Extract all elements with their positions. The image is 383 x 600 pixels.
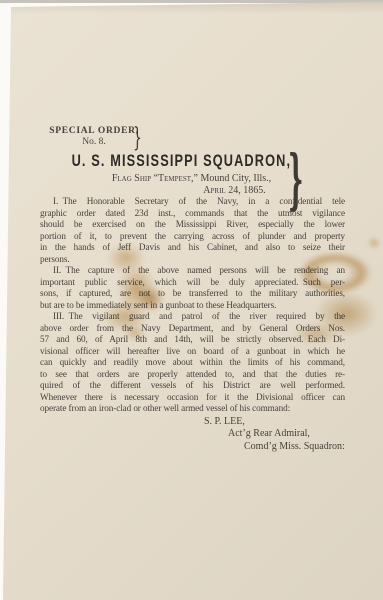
body-line: 57 and 60, of April 8th and 14th, will b… bbox=[40, 334, 345, 346]
body-line: important public service, which will be … bbox=[40, 277, 345, 289]
body-line: operate from an iron-clad or other well … bbox=[40, 403, 345, 415]
order-body: I. The Honorable Secretary of the Navy, … bbox=[40, 196, 345, 415]
flagship-name: Flag Ship “Tempest,” bbox=[112, 173, 198, 184]
order-label: SPECIAL ORDER, bbox=[47, 126, 141, 136]
body-line: sons, if captured, are not to be transfe… bbox=[40, 288, 345, 300]
body-line: III. The vigilant guard and patrol of th… bbox=[40, 311, 345, 323]
signature-name: S. P. LEE, bbox=[204, 416, 383, 428]
signature-block: S. P. LEE, Act’g Rear Admiral, Comd’g Mi… bbox=[0, 416, 383, 453]
paper-edge-shadow bbox=[0, 0, 383, 14]
body-line: I. The Honorable Secretary of the Navy, … bbox=[40, 196, 345, 208]
flagship-line: Flag Ship “Tempest,” Mound City, Ills., bbox=[12, 173, 371, 184]
body-line: to see that orders are properly attended… bbox=[40, 369, 345, 381]
order-number: No. 8. bbox=[47, 137, 141, 147]
body-line: persons. bbox=[40, 254, 345, 266]
body-line: Whenever there is necessary occasion for… bbox=[40, 392, 345, 404]
order-block: SPECIAL ORDER, No. 8. bbox=[47, 126, 141, 147]
body-line: quired of the different vessels of his D… bbox=[40, 380, 345, 392]
body-line: should be exercised on the Mississippi R… bbox=[40, 219, 345, 231]
body-line: visional officer will hereafter live on … bbox=[40, 346, 345, 358]
body-line: portion of it, to prevent the carrying a… bbox=[40, 231, 345, 243]
body-line: graphic order dated 23d inst., commands … bbox=[40, 208, 345, 220]
body-line: II. The capture of the above named perso… bbox=[40, 265, 345, 277]
flagship-location: Mound City, Ills., bbox=[198, 173, 271, 184]
signature-rank: Act’g Rear Admiral, bbox=[228, 428, 383, 440]
page-title: U. S. MISSISSIPPI SQUADRON, bbox=[71, 151, 291, 171]
title-row: U. S. MISSISSIPPI SQUADRON, bbox=[0, 151, 383, 171]
small-brace-icon: } bbox=[133, 125, 142, 152]
signature-command: Comd’g Miss. Squadron: bbox=[244, 441, 383, 453]
body-line: can quickly and readily move about withi… bbox=[40, 357, 345, 369]
stain-blob bbox=[366, 236, 382, 250]
body-line: above order from the Navy Department, an… bbox=[40, 323, 345, 335]
document-page: SPECIAL ORDER, No. 8. } U. S. MISSISSIPP… bbox=[0, 0, 383, 600]
photo-background: SPECIAL ORDER, No. 8. } U. S. MISSISSIPP… bbox=[0, 0, 383, 600]
body-line: but are to be immediately sent in a gunb… bbox=[40, 300, 345, 312]
body-line: in the hands of Jeff Davis and his Cabin… bbox=[40, 242, 345, 254]
date-line: April 24, 1865. bbox=[55, 185, 383, 196]
